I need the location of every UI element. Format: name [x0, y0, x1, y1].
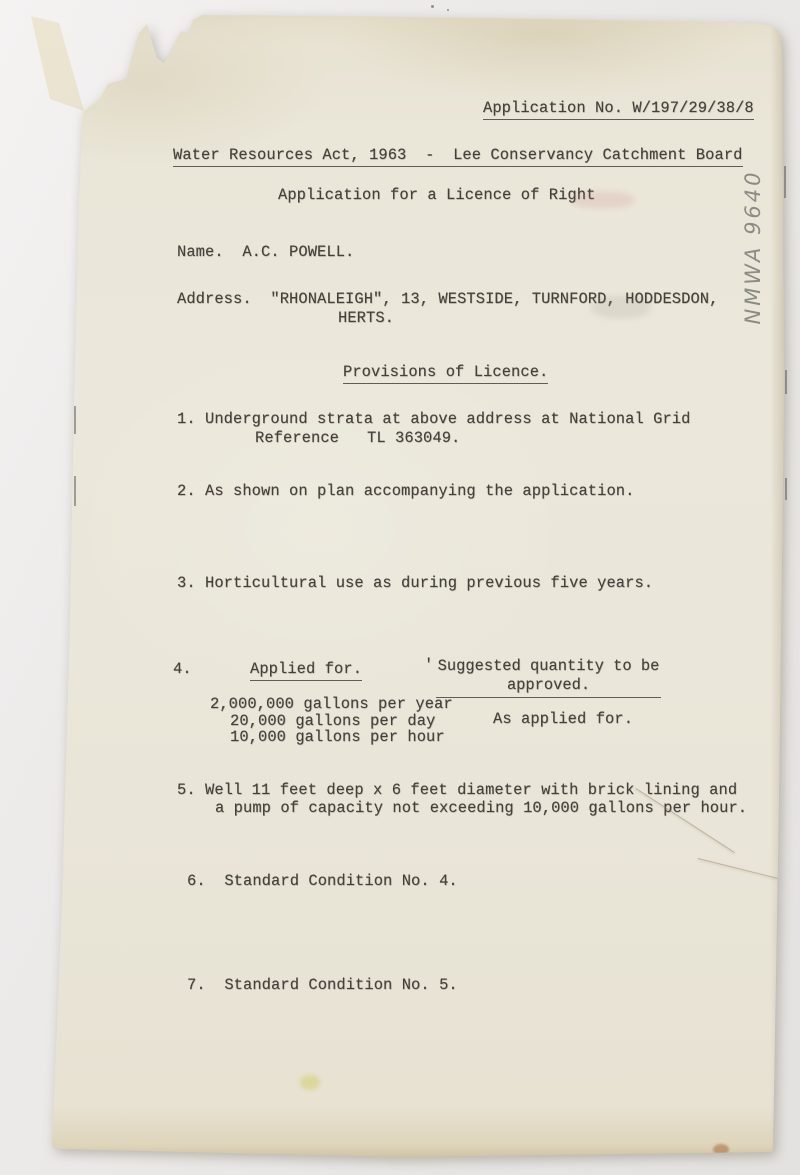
- provision-item-7: 7. Standard Condition No. 5.: [187, 976, 458, 995]
- provision-item-3: 3. Horticultural use as during previous …: [177, 574, 653, 593]
- dust-speck: [431, 5, 434, 8]
- applied-for-heading: Applied for.: [250, 660, 362, 681]
- photographed-document: Application No. W/197/29/38/8 Water Reso…: [0, 0, 800, 1175]
- paper-sheet: Application No. W/197/29/38/8 Water Reso…: [0, 0, 800, 1175]
- pink-smudge: [572, 192, 634, 208]
- provision-item-6: 6. Standard Condition No. 4.: [187, 872, 458, 891]
- edge-mark: [74, 476, 76, 506]
- paper-sheet-wrap: Application No. W/197/29/38/8 Water Reso…: [0, 0, 800, 1175]
- quantity-per-hour: 10,000 gallons per hour: [230, 728, 445, 747]
- dust-speck: [447, 9, 449, 11]
- provision-item-2: 2. As shown on plan accompanying the app…: [177, 482, 634, 501]
- provision-item-4-number: 4.: [173, 660, 192, 679]
- suggested-quantity-heading: Suggested quantity to be approved.: [436, 657, 661, 698]
- edge-mark: [74, 406, 76, 434]
- applicant-address-line2: HERTS.: [338, 309, 394, 328]
- provision-item-5-line1: 5. Well 11 feet deep x 6 feet diameter w…: [177, 781, 737, 800]
- suggested-quantity-value: As applied for.: [493, 710, 633, 729]
- provision-item-1-line2: Reference TL 363049.: [255, 429, 460, 448]
- document-title: Water Resources Act, 1963 - Lee Conserva…: [173, 146, 743, 167]
- edge-mark: [784, 166, 786, 198]
- gray-smudge: [592, 296, 650, 318]
- edge-mark: [785, 370, 787, 394]
- yellow-stain: [300, 1075, 320, 1090]
- application-number: Application No. W/197/29/38/8: [483, 99, 754, 120]
- suggested-quantity-heading-line2: approved.: [436, 676, 661, 695]
- paper-crease: [698, 858, 778, 879]
- stray-apostrophe-mark: ': [424, 656, 433, 675]
- brown-stain: [713, 1144, 729, 1155]
- provisions-heading: Provisions of Licence.: [343, 363, 548, 384]
- provision-item-1-line1: 1. Underground strata at above address a…: [177, 410, 690, 429]
- paper-edge-shading: [770, 20, 784, 1160]
- edge-mark: [785, 478, 787, 500]
- handwritten-archive-reference: NMWA 9640: [741, 169, 765, 324]
- document-subtitle: Application for a Licence of Right: [278, 186, 595, 205]
- suggested-quantity-heading-line1: Suggested quantity to be: [436, 657, 661, 676]
- applicant-name-line: Name. A.C. POWELL.: [177, 243, 354, 262]
